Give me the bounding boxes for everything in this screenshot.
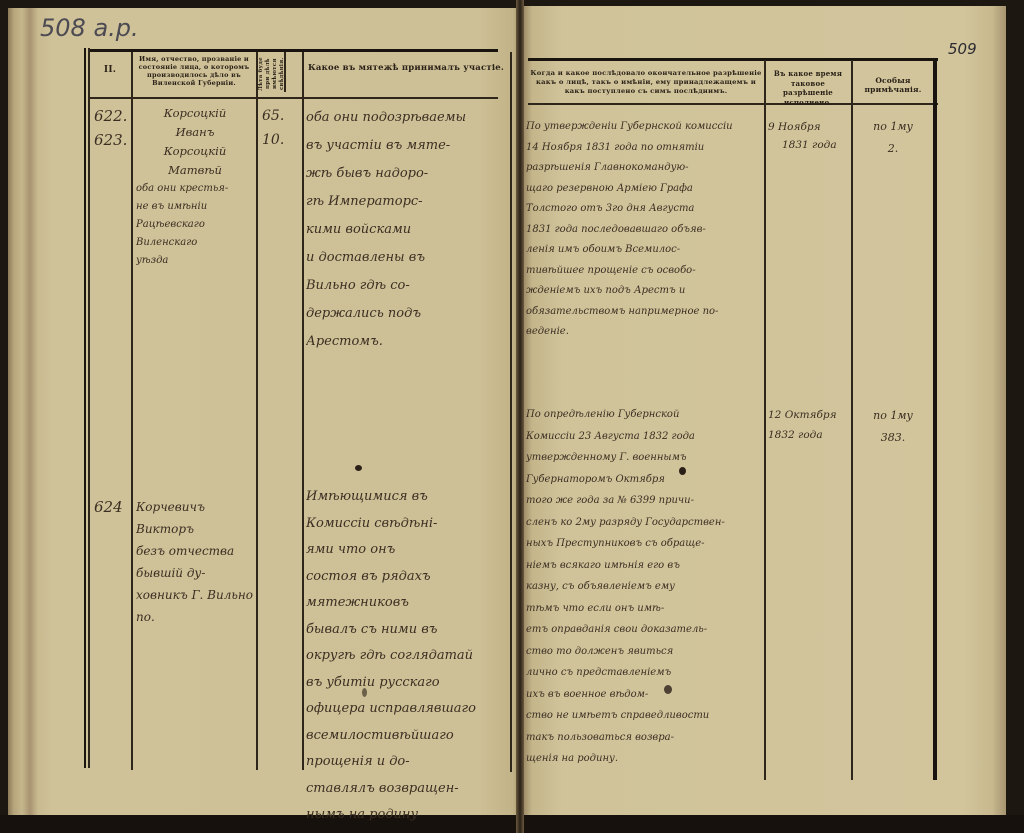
- outer-border-left: [84, 48, 86, 768]
- row-number: 622. 623.: [94, 104, 127, 152]
- top-rule-left: [88, 49, 498, 52]
- col-divider-number: [131, 52, 133, 770]
- resolution-text: По утвержденіи Губернской комиссіи 14 Но…: [526, 117, 762, 343]
- header-name: Имя, отчество, прозваніе и состояніе лиц…: [133, 55, 255, 87]
- person-name: Корсоцкій Иванъ Корсоцкій Матвѣй оба они…: [136, 104, 254, 270]
- participation-text: оба они подозрѣваемы въ участіи въ мяте-…: [306, 104, 508, 356]
- col-divider-resolution: [764, 60, 766, 780]
- header-executed-when: Въ какое время таковое разрѣшеніе исполн…: [766, 69, 850, 107]
- outer-border-right: [933, 58, 937, 780]
- header-participation: Какое въ мятежѣ принималъ участіе.: [306, 64, 506, 73]
- folio-mark-left: 508 a.p.: [40, 14, 139, 42]
- inner-border-left: [88, 48, 90, 768]
- header-remarks: Особыя примѣчанія.: [854, 76, 932, 94]
- participation-text: Имѣющимися въ Комиссіи свѣдѣні- ями что …: [306, 484, 508, 829]
- col-divider-age: [302, 52, 304, 770]
- ink-blot: [362, 688, 367, 697]
- execution-date: 12 Октября 1832 года: [768, 405, 850, 445]
- ink-blot: [679, 467, 686, 475]
- binding-gutter: [516, 0, 524, 833]
- person-name: Корчевичъ Викторъ безъ отчества бывшій д…: [136, 496, 254, 628]
- ink-blot: [664, 685, 672, 694]
- col-divider-name: [256, 52, 258, 770]
- header-number: II.: [92, 66, 128, 75]
- header-resolution: Когда и какое послѣдовало окончательное …: [530, 69, 762, 96]
- row-number: 624: [94, 495, 123, 519]
- remarks: по 1му 383.: [856, 405, 930, 449]
- header-bottom-rule-right: [528, 103, 938, 105]
- execution-date: 9 Ноября 1831 года: [768, 118, 850, 154]
- top-rule-right: [528, 58, 938, 61]
- header-age: Лѣта буде при дѣлѣ имѣются свѣдѣнія.: [258, 54, 300, 94]
- col-divider-executed: [851, 60, 853, 780]
- header-bottom-rule-left: [88, 97, 498, 99]
- col-divider-participation: [510, 52, 512, 772]
- person-age: 65. 10.: [262, 104, 284, 152]
- resolution-text: По опредѣленію Губернской Комиссіи 23 Ав…: [526, 404, 762, 770]
- remarks: по 1му 2.: [856, 116, 930, 160]
- folio-mark-right: 509: [948, 40, 977, 58]
- scan-bottom-edge: [0, 815, 1024, 833]
- ink-blot: [355, 465, 362, 471]
